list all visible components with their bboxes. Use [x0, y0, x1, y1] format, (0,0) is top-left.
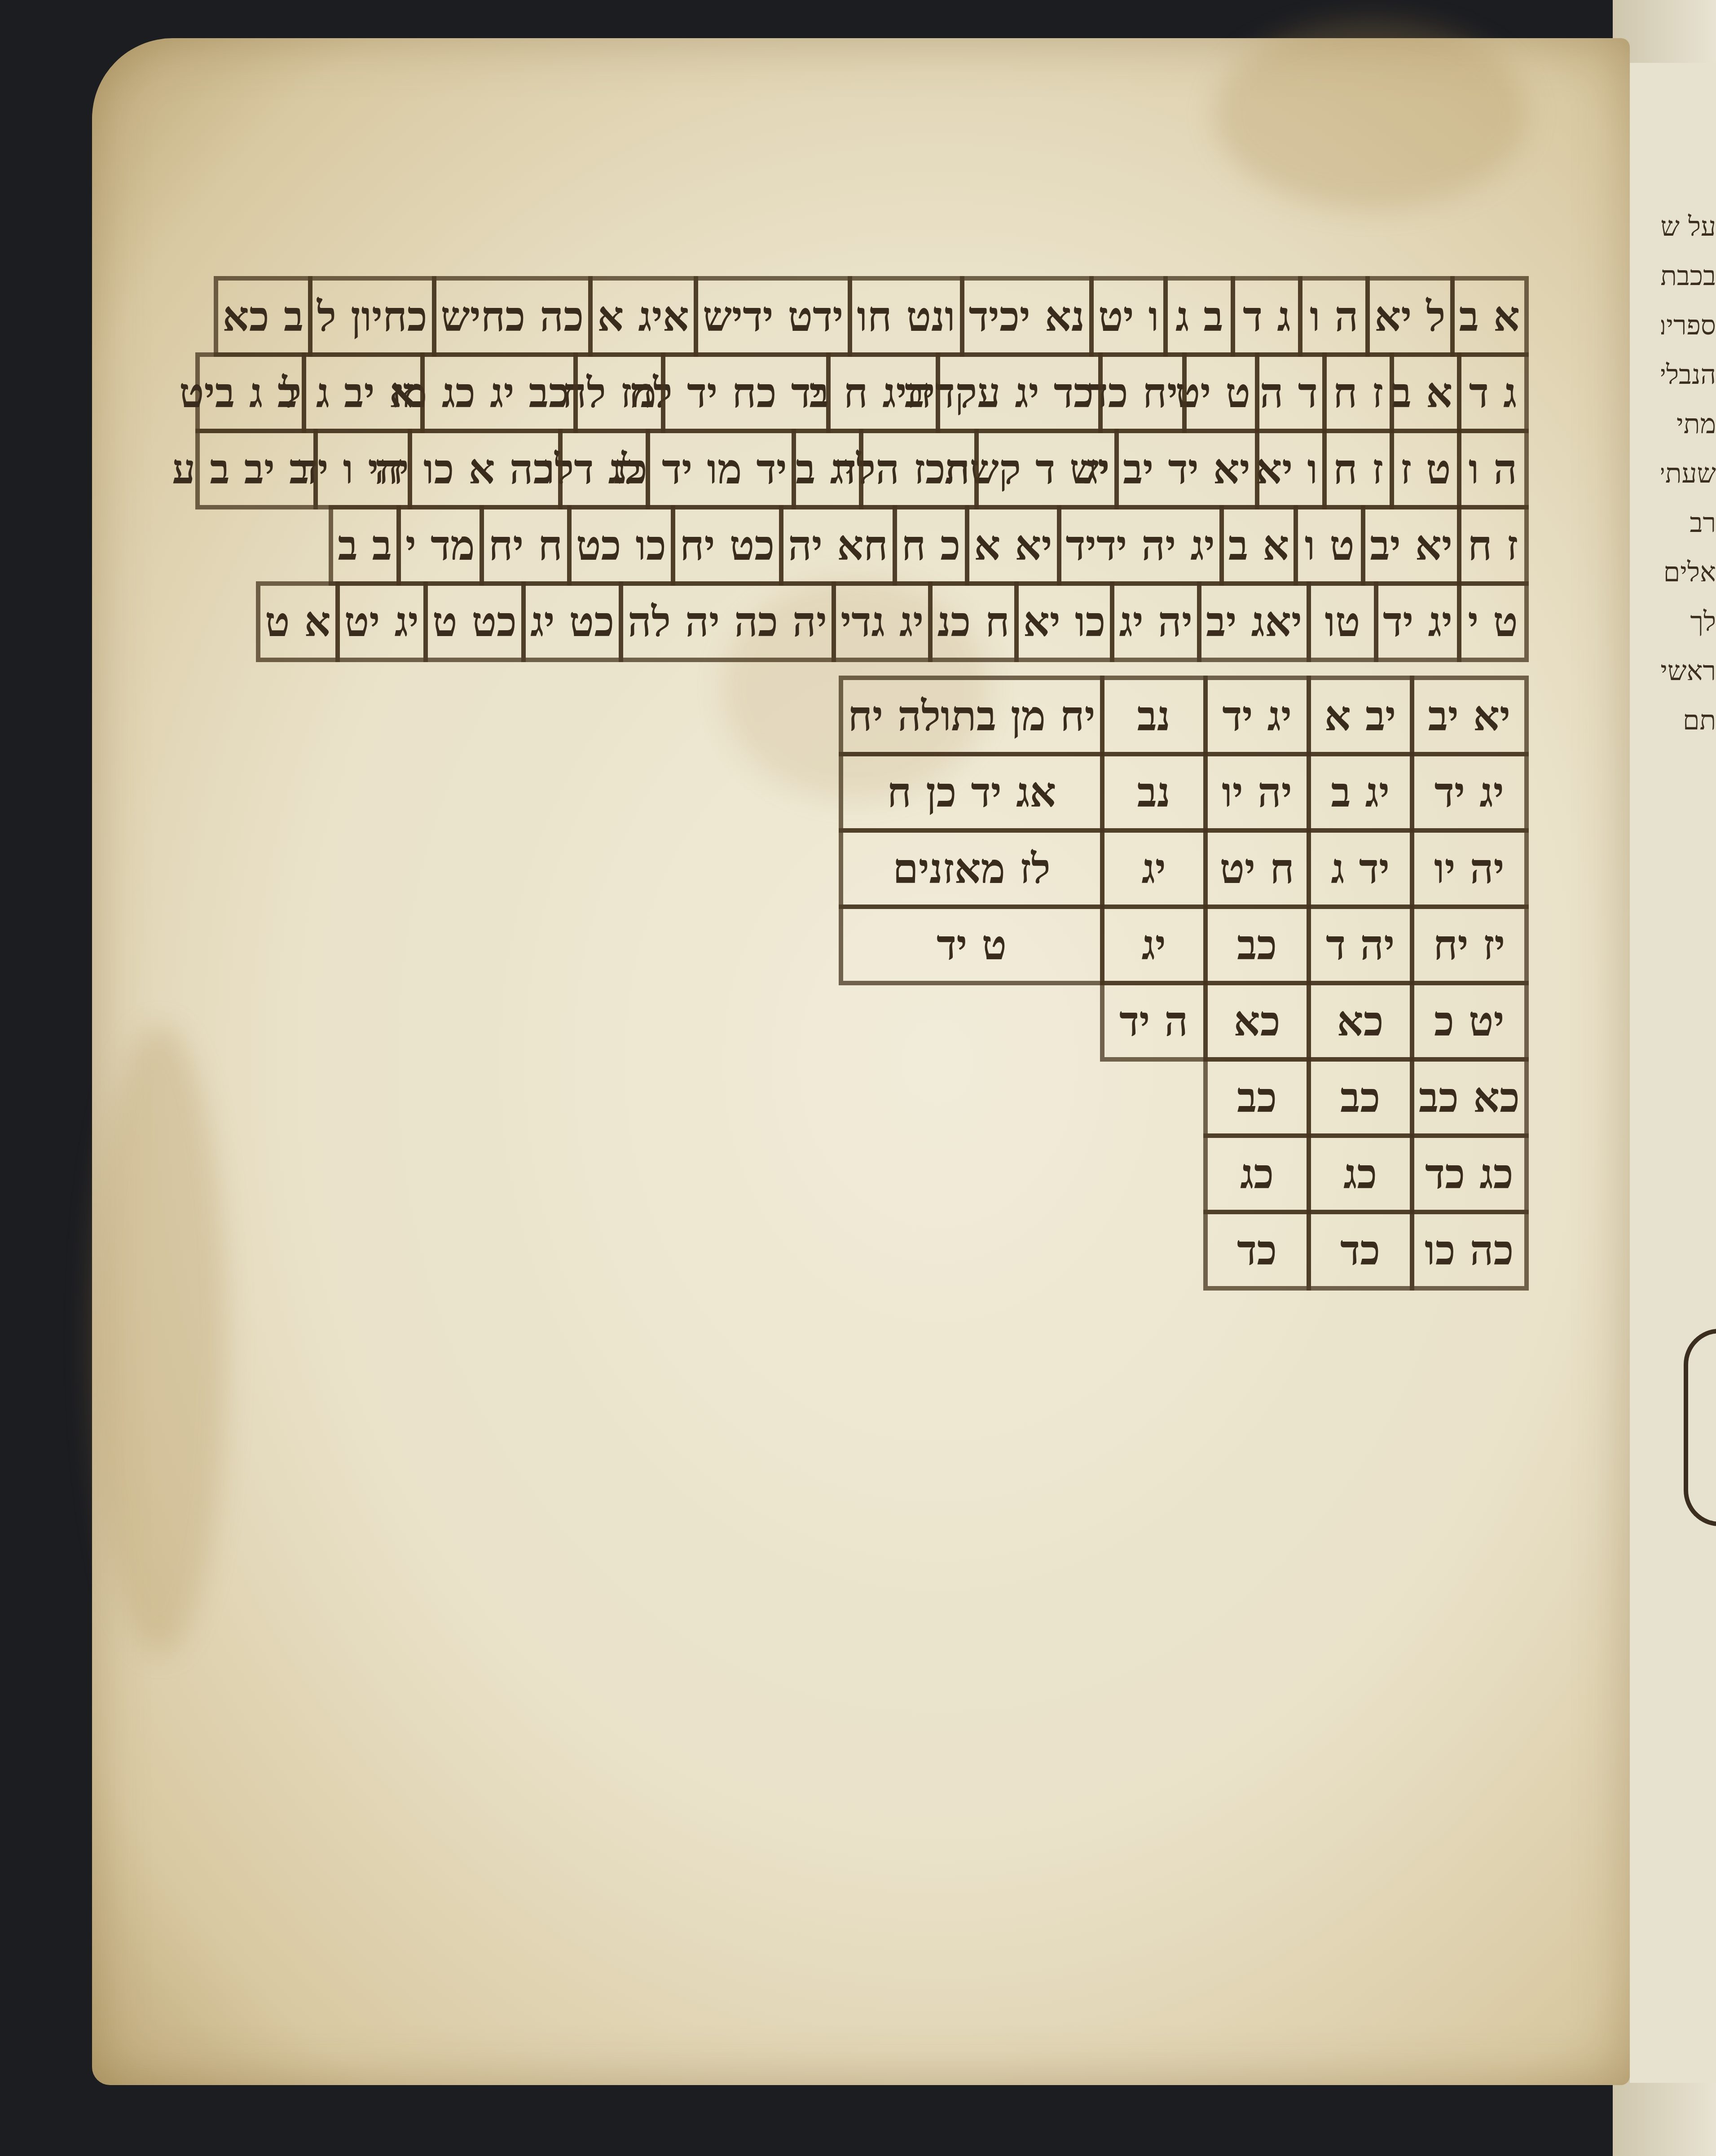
table-cell: ז ח	[1322, 429, 1394, 509]
table-cell: כב	[1203, 1057, 1311, 1138]
table-cell: יה יו	[1410, 828, 1529, 909]
bottom-column: יח מן בתולה יח אג יד כן ח לז מאזנים ט יד	[841, 678, 1102, 1288]
margin-line: אלים	[1661, 548, 1716, 597]
table-cell: מז לח	[573, 352, 665, 433]
table-cell: ונט חו	[848, 276, 964, 357]
table-cell: יג	[1100, 905, 1208, 985]
table-cell: א ב	[1450, 276, 1529, 357]
table-cell: ג ד	[1231, 276, 1302, 357]
table-cell: יה יג	[1110, 581, 1201, 662]
table-cell: א ב	[1390, 352, 1461, 433]
table-cell: ט יט	[1182, 352, 1259, 433]
table-cell: כג כד	[1410, 1133, 1529, 1214]
table-cell: כו כט	[567, 505, 675, 586]
table-cell: כה א כו יה	[408, 429, 563, 509]
table-cell: א ב	[1219, 505, 1298, 586]
table-cell: חיג ח ב	[826, 352, 940, 433]
table-cell: יג ב	[1307, 752, 1414, 833]
table-cell: ט ו	[1294, 505, 1365, 586]
table-row: ז ח יא יב ט ו א ב יג יה ידיד יא א כ ח חא…	[198, 507, 1527, 584]
table-cell: א ט	[256, 581, 340, 662]
table-cell: יג ב	[792, 429, 863, 509]
margin-line: בכבתי	[1661, 251, 1716, 301]
table-cell: כה כחיש	[432, 276, 593, 357]
table-cell: ו יט	[1089, 276, 1168, 357]
table-cell: ד ה	[1255, 352, 1327, 433]
table-cell: ה יד	[1100, 981, 1208, 1062]
margin-line: מתי	[1661, 400, 1716, 449]
table-row: ה ו ט ז ז ח ו יא יא יד יב יג יש ד קשת חכ…	[198, 431, 1527, 507]
table-cell: ב ב	[329, 505, 401, 586]
table-cell: יג יה ידיד	[1057, 505, 1224, 586]
table-cell: ט יד	[839, 905, 1104, 985]
facing-page-text: על שני בכבתי ספרים הנבלי מתי שעתי רב אלי…	[1661, 202, 1716, 745]
table-cell: יאג יב	[1197, 581, 1311, 662]
table-cell: יה יו	[1203, 752, 1311, 833]
table-cell: יג	[1100, 828, 1208, 909]
table-cell: יג גדי	[832, 581, 933, 662]
table-row: ט י יג יד טו יאג יב יה יג כו יא ח כנ יג …	[198, 584, 1527, 660]
table-cell: ז ח	[1322, 352, 1394, 433]
table-cell: ג ד	[1457, 352, 1529, 433]
table-cell: כחיון ל	[308, 276, 436, 357]
margin-line: על שני	[1661, 202, 1716, 251]
lower-columns: יא יב יג יד יה יו יז יח יט כ כא כב כג כד…	[198, 678, 1527, 1288]
table-cell: לז מאזנים	[839, 828, 1104, 909]
column: יג יד יה יו ח יט כב כא כב כג כד	[1206, 678, 1309, 1288]
margin-line: הנבלי	[1661, 350, 1716, 400]
table-cell: כב	[1203, 905, 1311, 985]
table-cell: כד יג עקדיב	[936, 352, 1103, 433]
table-cell: כב	[1307, 1057, 1414, 1138]
table-cell: יד מו יד כנ	[646, 429, 796, 509]
table-cell: ל יא	[1365, 276, 1454, 357]
margin-line: תם	[1661, 696, 1716, 745]
table-cell: כב יג כג מז	[420, 352, 578, 433]
table-cell: לג דלו	[558, 429, 650, 509]
table-cell: נב	[1100, 676, 1208, 756]
table-cell: ח יט	[1203, 828, 1311, 909]
table-cell: ידט ידיש	[694, 276, 853, 357]
table-row: ג ד א ב ז ח ד ה ט יט יח כד כד יג עקדיב ח…	[198, 355, 1527, 431]
table-cell: כא	[1203, 981, 1311, 1062]
margin-line: לך	[1661, 597, 1716, 646]
table-cell: ז ח	[1457, 505, 1529, 586]
table-cell: א יב ג ל	[302, 352, 425, 433]
table-cell: ב כא	[214, 276, 312, 357]
column: יא יב יג יד יה יו יז יח יט כ כא כב כג כד…	[1412, 678, 1527, 1288]
table-cell: ט י	[1457, 581, 1529, 662]
table-cell: יח כד	[1098, 352, 1187, 433]
table-cell: יא יב	[1361, 505, 1461, 586]
table-cell: יג יד	[1374, 581, 1461, 662]
table-cell: כט יח	[671, 505, 783, 586]
margin-line: רב	[1661, 498, 1716, 548]
table-cell: חא יה	[779, 505, 897, 586]
table-cell: יא א	[965, 505, 1061, 586]
table-cell: ח כנ	[928, 581, 1018, 662]
table-cell: ו יא	[1255, 429, 1327, 509]
margin-line: ספרים	[1661, 301, 1716, 350]
table-cell: כד	[1307, 1210, 1414, 1291]
table-cell: כ ח	[893, 505, 969, 586]
table-cell: יג יד	[1203, 676, 1311, 756]
table-cell: ב ג ביט	[195, 352, 306, 433]
table-cell: ה ו	[1298, 276, 1370, 357]
table-cell: טו	[1307, 581, 1378, 662]
margin-line: ראשית	[1661, 646, 1716, 696]
table-cell: כה כו	[1410, 1210, 1529, 1291]
table-cell: יג יט	[335, 581, 428, 662]
table-cell: כג	[1203, 1133, 1311, 1214]
table-cell: כא כב	[1410, 1057, 1529, 1138]
table-cell: יח מן בתולה יח	[839, 676, 1104, 756]
table-cell: יג יד	[1410, 752, 1529, 833]
table-cell: יש ד קשת	[974, 429, 1118, 509]
table-cell: ה ו	[1457, 429, 1529, 509]
table-cell: נא יכיד	[960, 276, 1094, 357]
table-cell: מד י	[396, 505, 484, 586]
table-cell: יד ג	[1307, 828, 1414, 909]
table-cell: כו יא	[1014, 581, 1115, 662]
table-cell: נב	[1100, 752, 1208, 833]
table-cell: חי ו יד	[313, 429, 412, 509]
table-cell: יד כח יד לח	[661, 352, 831, 433]
table-cell: יא יב	[1410, 676, 1529, 756]
table-cell: יב א	[1307, 676, 1414, 756]
table-cell: ט ז	[1390, 429, 1461, 509]
table-cell: חכז הלד	[859, 429, 979, 509]
table-row: א ב ל יא ה ו ג ד ב ג ו יט נא יכיד ונט חו…	[198, 278, 1527, 355]
margin-line: שעתי	[1661, 449, 1716, 498]
table-cell: כג	[1307, 1133, 1414, 1214]
bottom-column: נב נב יג יג ה יד	[1102, 678, 1206, 1288]
table-cell: יא יד יב יג	[1114, 429, 1259, 509]
table-cell: יה ד	[1307, 905, 1414, 985]
table-cell: כא	[1307, 981, 1414, 1062]
table-cell: ב יב ב ע	[195, 429, 318, 509]
table-cell: יה כה יה לה	[619, 581, 836, 662]
table-cell: יט כ	[1410, 981, 1529, 1062]
chart-table: א ב ל יא ה ו ג ד ב ג ו יט נא יכיד ונט חו…	[198, 278, 1527, 1288]
facing-page-cartouche	[1684, 1329, 1716, 1526]
table-cell: כד	[1203, 1210, 1311, 1291]
table-cell: יז יח	[1410, 905, 1529, 985]
table-cell: אג יד כן ח	[839, 752, 1104, 833]
column: יב א יג ב יד ג יה ד כא כב כג כד	[1309, 678, 1412, 1288]
table-cell: ח יח	[480, 505, 572, 586]
table-cell: ב ג	[1163, 276, 1235, 357]
table-cell: כט יג	[521, 581, 623, 662]
table-cell: כט ט	[423, 581, 526, 662]
table-cell: איג א	[588, 276, 698, 357]
water-stain	[1214, 20, 1529, 209]
